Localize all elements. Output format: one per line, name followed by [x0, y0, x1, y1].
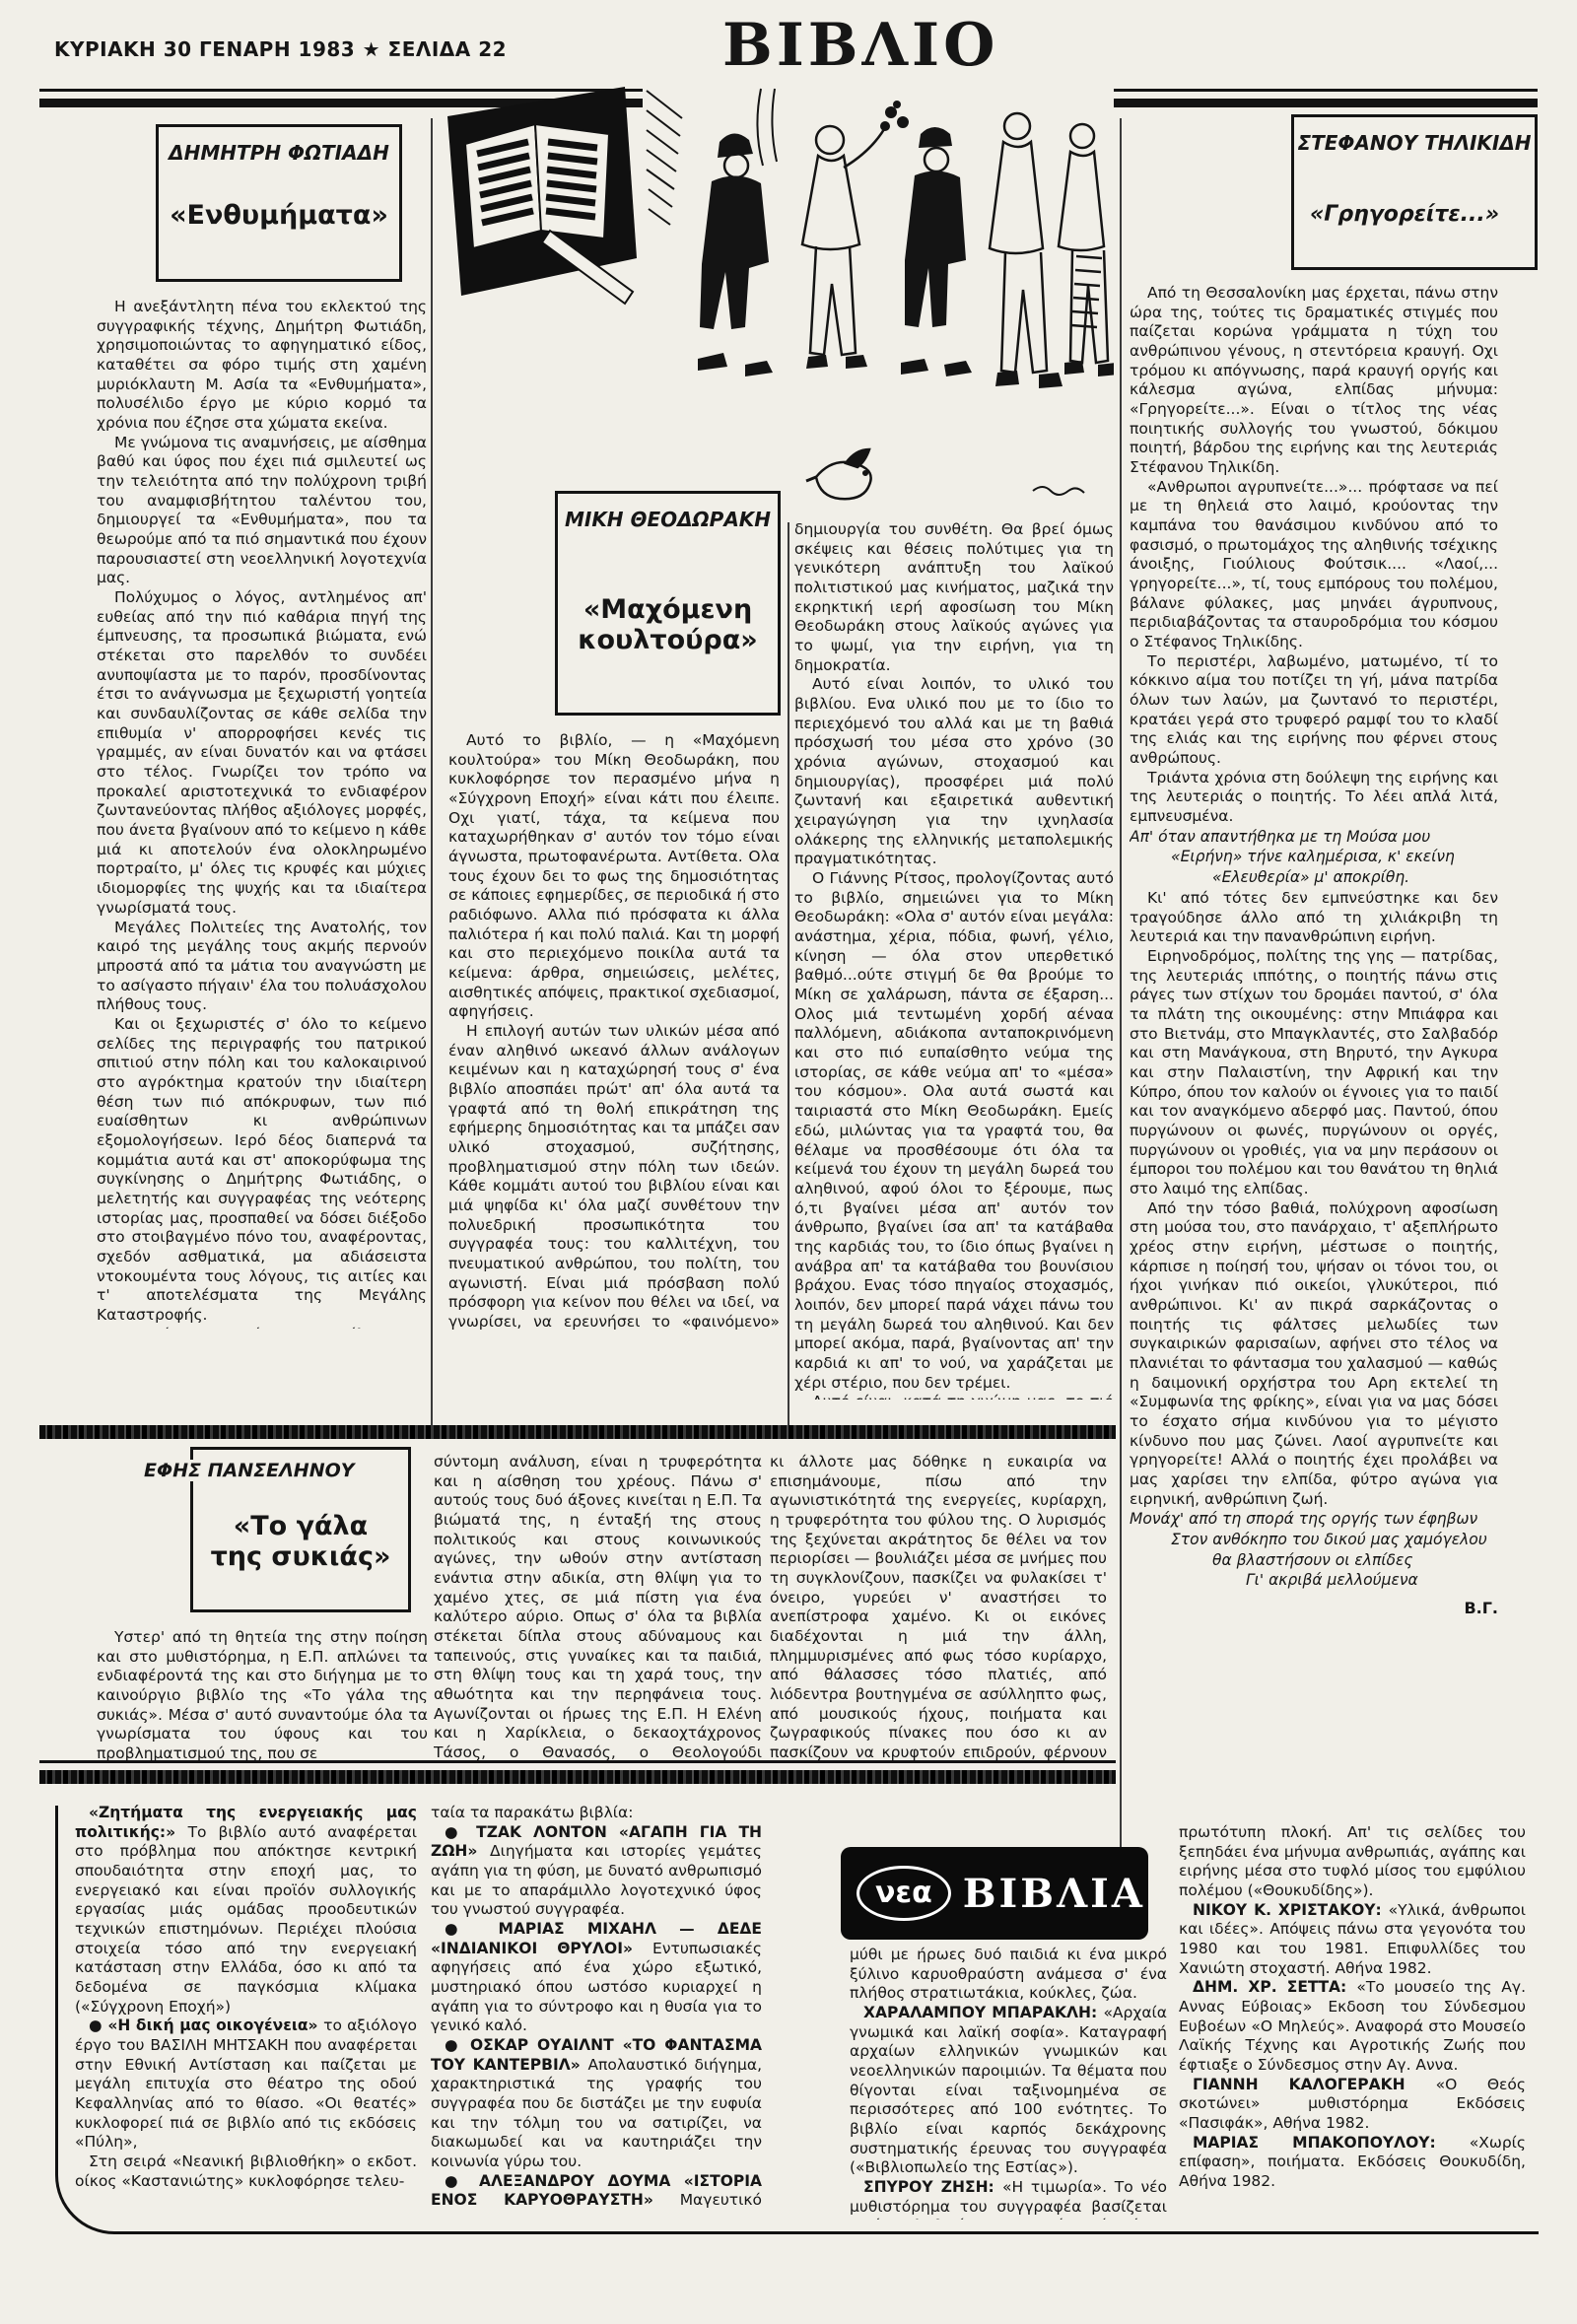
- panselinou-body-col1: Υστερ' από τη θητεία της στην ποίηση και…: [97, 1628, 428, 1760]
- panselinou-body-col2: σύντομη ανάλυση, είναι η τρυφερότητα και…: [434, 1453, 762, 1760]
- column-divider: [788, 522, 789, 1427]
- paragraph: Γι' ακριβά μελλούμενα: [1246, 1571, 1498, 1591]
- paragraph: «Ελευθερία» μ' αποκρίθη.: [1212, 868, 1498, 888]
- paragraph: Η ανεξάντλητη πένα του εκλεκτού της συγγ…: [97, 298, 427, 434]
- panselinou-title: «Το γάλα της συκιάς»: [193, 1511, 408, 1572]
- paragraph: Απ' όταν απαντήθηκα με τη Μούσα μου: [1130, 828, 1498, 848]
- theodorakis-body-col1: Αυτό το βιβλίο, — η «Μαχόμενη κουλτούρα»…: [448, 731, 780, 1331]
- tilikidis-poem-2: Μονάχ' από τη σπορά της οργής των έφηβων…: [1130, 1510, 1498, 1591]
- paragraph: Στον ανθόκηπο του δικού μας χαμόγελου: [1171, 1531, 1498, 1550]
- panselinou-bottom-rule: [39, 1760, 1116, 1763]
- paragraph: Το περιστέρι, λαβωμένο, ματωμένο, τί το …: [1130, 652, 1498, 769]
- paragraph: Κι' από τότες δεν εμπνεύστηκε και δεν τρ…: [1130, 889, 1498, 947]
- paragraph: Αυτό είναι, κατά τη γνώμη μας, το πιό με…: [794, 1393, 1114, 1400]
- newspaper-page: ΚΥΡΙΑΚΗ 30 ΓΕΝΑΡΗ 1983 ★ ΣΕΛΙΔΑ 22 ΒΙΒΛΙ…: [0, 0, 1577, 2324]
- book-entry: πρωτότυπη πλοκή. Απ' τις σελίδες του ξεπ…: [1179, 1823, 1526, 1901]
- tilikidis-author: ΣΤΕΦΑΝΟΥ ΤΗΛΙΚΙΔΗ: [1294, 131, 1535, 155]
- fotiadis-title-box: ΔΗΜΗΤΡΗ ΦΩΤΙΑΔΗ «Ενθυμήματα»: [156, 124, 402, 282]
- section-divider-bar: [39, 1425, 1116, 1439]
- paragraph: «Ανθρωποι αγρυπνείτε...»... πρόφτασε να …: [1130, 478, 1498, 652]
- panselinou-author: ΕΦΗΣ ΠΑΝΣΕΛΗΝΟΥ: [138, 1460, 361, 1481]
- book-entry: ΣΠΥΡΟΥ ΖΗΣΗ: «Η τιμωρία». Το νέο μυθιστό…: [850, 2178, 1167, 2220]
- paragraph: Αυτό το βιβλίο, — η «Μαχόμενη κουλτούρα»…: [448, 731, 780, 1022]
- book-entry: Στη σειρά «Νεανική βιβλιοθήκη» ο εκδοτ. …: [75, 2153, 417, 2191]
- paragraph: «Ειρήνη» τήνε καλημέρισα, κ' εκείνη: [1171, 848, 1498, 867]
- theodorakis-title: «Μαχόμενη κουλτούρα»: [558, 594, 778, 655]
- book-entry: ΝΙΚΟΥ Κ. ΧΡΙΣΤΑΚΟΥ: «Υλικά, άνθρωποι και…: [1179, 1901, 1526, 1979]
- paragraph: Και οι ξεχωριστές σ' όλο το κείμενο σελί…: [97, 1015, 427, 1326]
- theodorakis-title-box: ΜΙΚΗ ΘΕΟΔΩΡΑΚΗ «Μαχόμενη κουλτούρα»: [555, 491, 781, 716]
- book-entry: ταία τα παρακάτω βιβλία:: [431, 1804, 762, 1823]
- books-col-3: μύθι με ήρωες δυό παιδιά κι ένα μικρό ξύ…: [850, 1946, 1167, 2220]
- fotiadis-title: «Ενθυμήματα»: [159, 200, 399, 231]
- paragraph: κι άλλοτε μας δόθηκε η ευκαιρία να επιση…: [770, 1453, 1107, 1760]
- paragraph: Πολύχυμος ο λόγος, αντλημένος απ' ευθεία…: [97, 588, 427, 918]
- theodorakis-author: ΜΙΚΗ ΘΕΟΔΩΡΑΚΗ: [558, 508, 778, 531]
- paragraph: Από την τόσο βαθιά, πολύχρονη αφοσίωση σ…: [1130, 1199, 1498, 1510]
- column-divider: [1120, 118, 1122, 1880]
- book-entry: ● ΤΖΑΚ ΛΟΝΤΟΝ «ΑΓΑΠΗ ΓΙΑ ΤΗ ΖΩΗ» Διηγήμα…: [431, 1823, 762, 1920]
- tilikidis-body: Από τη Θεσσαλονίκη μας έρχεται, πάνω στη…: [1130, 284, 1498, 1829]
- paragraph: δημιουργία του συνθέτη. Θα βρεί όμως σκέ…: [794, 520, 1114, 675]
- book-entry: ΧΑΡΑΛΑΜΠΟΥ ΜΠΑΡΑΚΛΗ: «Αρχαία γνωμικά και…: [850, 2004, 1167, 2178]
- fotiadis-author: ΔΗΜΗΤΡΗ ΦΩΤΙΑΔΗ: [159, 141, 399, 165]
- book-entry: ΔΗΜ. ΧΡ. ΣΕΤΤΑ: «Το μουσείο της Αγ. Αννα…: [1179, 1978, 1526, 2075]
- tilikidis-title: «Γρηγορείτε...»: [1310, 202, 1535, 227]
- books-section-top-bar: [39, 1770, 1116, 1784]
- theodorakis-body-col2: δημιουργία του συνθέτη. Θα βρεί όμως σκέ…: [794, 520, 1114, 1400]
- books-col-4: πρωτότυπη πλοκή. Απ' τις σελίδες του ξεπ…: [1179, 1823, 1526, 2223]
- book-entry: ● ΟΣΚΑΡ ΟΥΑΙΛΝΤ «ΤΟ ΦΑΝΤΑΣΜΑ ΤΟΥ ΚΑΝΤΕΡΒ…: [431, 2036, 762, 2172]
- book-entry: ΓΙΑΝΝΗ ΚΑΛΟΓΕΡΑΚΗ «Ο Θεός σκοτώνει» μυθι…: [1179, 2076, 1526, 2134]
- new-books-logo: νεα ΒΙΒΛΙΑ: [841, 1847, 1148, 1940]
- cartoon-illustration: [643, 83, 1114, 518]
- paragraph: Αυτό είναι λοιπόν, το υλικό του βιβλίου.…: [794, 675, 1114, 869]
- paragraph: Από τη Θεσσαλονίκη μας έρχεται, πάνω στη…: [1130, 284, 1498, 478]
- column-divider: [431, 118, 433, 1427]
- books-col-2: ταία τα παρακάτω βιβλία:● ΤΖΑΚ ΛΟΝΤΟΝ «Α…: [431, 1804, 762, 2216]
- tilikidis-poem-1: Απ' όταν απαντήθηκα με τη Μούσα μου«Ειρή…: [1130, 828, 1498, 888]
- book-entry: «Ζητήματα της ενεργειακής μας πολιτικής:…: [75, 1804, 417, 2016]
- paragraph: Κι από την αρχή ως το τέλος των «Ενθυμημ…: [97, 1326, 427, 1329]
- book-entry: ● ΑΛΕΞΑΝΔΡΟΥ ΔΟΥΜΑ «ΙΣΤΟΡΙΑ ΕΝΟΣ ΚΑΡΥΟΘΡ…: [431, 2172, 762, 2216]
- section-title: ΒΙΒΛΙΟ: [722, 16, 998, 75]
- paragraph: Υστερ' από τη θητεία της στην ποίηση και…: [97, 1628, 428, 1760]
- masthead-date: ΚΥΡΙΑΚΗ 30 ΓΕΝΑΡΗ 1983 ★ ΣΕΛΙΔΑ 22: [54, 37, 507, 61]
- logo-nea-text: νεα: [857, 1866, 951, 1921]
- paragraph: Τριάντα χρόνια στη δούλεψη της ειρήνης κ…: [1130, 769, 1498, 827]
- paragraph: σύντομη ανάλυση, είναι η τρυφερότητα και…: [434, 1453, 762, 1760]
- panselinou-body-col3: κι άλλοτε μας δόθηκε η ευκαιρία να επιση…: [770, 1453, 1107, 1760]
- paragraph: θα βλαστήσουν οι ελπίδες: [1212, 1551, 1498, 1571]
- paragraph: Μονάχ' από τη σπορά της οργής των έφηβων: [1130, 1510, 1498, 1530]
- book-entry: ΜΑΡΙΑΣ ΜΠΑΚΟΠΟΥΛΟΥ: «Χωρίς επίφαση», ποι…: [1179, 2134, 1526, 2192]
- books-col-1: «Ζητήματα της ενεργειακής μας πολιτικής:…: [75, 1804, 417, 2216]
- panselinou-title-box: ΕΦΗΣ ΠΑΝΣΕΛΗΝΟΥ «Το γάλα της συκιάς»: [190, 1447, 411, 1612]
- book-entry: ● «Η δική μας οικογένεια» το αξιόλογο έρ…: [75, 2016, 417, 2153]
- tilikidis-signature: Β.Γ.: [1130, 1599, 1498, 1618]
- book-entry: ● ΜΑΡΙΑΣ ΜΙΧΑΗΛ — ΔΕΔΕ «ΙΝΔΙΑΝΙΚΟΙ ΘΡΥΛΟ…: [431, 1920, 762, 2036]
- paragraph: Η επιλογή αυτών των υλικών μέσα από έναν…: [448, 1022, 780, 1331]
- paragraph: Με γνώμονα τις αναμνήσεις, με αίσθημα βα…: [97, 434, 427, 588]
- fotiadis-body: Η ανεξάντλητη πένα του εκλεκτού της συγγ…: [97, 298, 427, 1329]
- paragraph: Ο Γιάννης Ρίτσος, προλογίζοντας αυτό το …: [794, 869, 1114, 1393]
- book-entry: μύθι με ήρωες δυό παιδιά κι ένα μικρό ξύ…: [850, 1946, 1167, 2004]
- book-illustration: [440, 83, 639, 311]
- paragraph: Ειρηνοδρόμος, πολίτης της γης — πατρίδας…: [1130, 947, 1498, 1199]
- paragraph: Μεγάλες Πολιτείες της Ανατολής, τον καιρ…: [97, 919, 427, 1015]
- tilikidis-title-box: ΣΤΕΦΑΝΟΥ ΤΗΛΙΚΙΔΗ «Γρηγορείτε...»: [1291, 114, 1538, 270]
- logo-biblia-text: ΒΙΒΛΙΑ: [963, 1871, 1145, 1917]
